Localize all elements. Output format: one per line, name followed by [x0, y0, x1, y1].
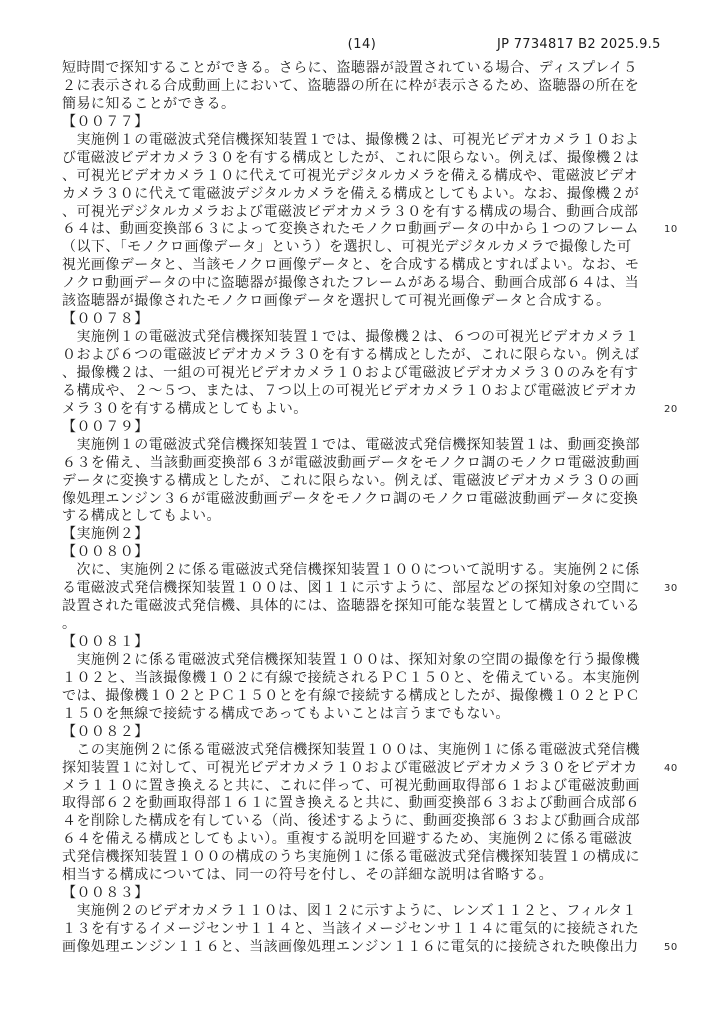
text-line: ０および６つの電磁波ビデオカメラ３０を有する構成としたが、これに限らない。例えば: [62, 347, 644, 365]
line-number: 40: [664, 760, 678, 778]
text-line: する構成としてもよい。: [62, 508, 644, 526]
text-line: 短時間で探知することができる。さらに、盗聴器が設置されている場合、ディスプレイ５: [62, 60, 644, 78]
text-line: ４を削除した構成を有している（尚、後述するように、動画変換部６３および動画合成部: [62, 813, 644, 831]
text-line: メラ３０を有する構成としてもよい。: [62, 401, 644, 419]
text-line: （以下、「モノクロ画像データ」という）を選択し、可視光デジタルカメラで撮像した可: [62, 239, 644, 257]
text-line: 次に、実施例２に係る電磁波式発信機探知装置１００について説明する。実施例２に係: [62, 562, 644, 580]
patent-document-page: (14) JP 7734817 B2 2025.9.5 短時間で探知することがで…: [0, 0, 724, 1024]
line-number-gutter: 1020304050: [664, 60, 694, 980]
text-line: 、可視光デジタルカメラおよび電磁波ビデオカメラ３０を有する構成の場合、動画合成部: [62, 204, 644, 222]
text-line: 像処理エンジン３６が電磁波動画データをモノクロ調のモノクロ電磁波動画データに変換: [62, 491, 644, 509]
text-line: 、撮像機２は、一組の可視光ビデオカメラ１０および電磁波ビデオカメラ３０のみを有す: [62, 365, 644, 383]
text-line: 実施例１の電磁波式発信機探知装置１では、撮像機２は、可視光ビデオカメラ１０およ: [62, 132, 644, 150]
text-line: 相当する構成については、同一の符号を付し、その詳細な説明は省略する。: [62, 867, 644, 885]
text-line: ２に表示される合成動画上において、盗聴器の所在に枠が表示さるため、盗聴器の所在を: [62, 78, 644, 96]
text-line: メラ１１０に置き換えると共に、これに伴って、可視光動画取得部６１および電磁波動画: [62, 778, 644, 796]
text-line: この実施例２に係る電磁波式発信機探知装置１００は、実施例１に係る電磁波式発信機: [62, 742, 644, 760]
text-line: び電磁波ビデオカメラ３０を有する構成としたが、これに限らない。例えば、撮像機２は: [62, 150, 644, 168]
text-line: １５０を無線で接続する構成であってもよいことは言うまでもない。: [62, 706, 644, 724]
text-line: 。: [62, 616, 644, 634]
line-number: 30: [664, 580, 678, 598]
text-line: ６４を備える構成としてもよい）。重複する説明を回避するため、実施例２に係る電磁波: [62, 831, 644, 849]
line-number: 50: [664, 939, 678, 957]
text-line: 簡易に知ることができる。: [62, 96, 644, 114]
text-line: 【００７８】: [62, 311, 644, 329]
text-line: 【００８２】: [62, 724, 644, 742]
text-line: る構成や、２～５つ、または、７つ以上の可視光ビデオカメラ１０および電磁波ビデオカ: [62, 383, 644, 401]
text-line: ６４は、動画変換部６３によって変換されたモノクロ動画データの中から１つのフレーム: [62, 221, 644, 239]
text-line: 実施例１の電磁波式発信機探知装置１では、撮像機２は、６つの可視光ビデオカメラ１: [62, 329, 644, 347]
line-number: 20: [664, 401, 678, 419]
text-line: 【００７７】: [62, 114, 644, 132]
text-line: 式発信機探知装置１００の構成のうち実施例１に係る電磁波式発信機探知装置１の構成に: [62, 849, 644, 867]
text-line: 【００８０】: [62, 544, 644, 562]
text-line: ６３を備え、当該動画変換部６３が電磁波動画データをモノクロ調のモノクロ電磁波動画: [62, 455, 644, 473]
text-line: 設置された電磁波式発信機、具体的には、盗聴器を探知可能な装置として構成されている: [62, 598, 644, 616]
text-line: １３を有するイメージセンサ１１４と、当該イメージセンサ１１４に電気的に接続された: [62, 921, 644, 939]
text-line: 実施例２に係る電磁波式発信機探知装置１００は、探知対象の空間の撮像を行う撮像機: [62, 652, 644, 670]
line-number: 10: [664, 221, 678, 239]
text-line: る電磁波式発信機探知装置１００は、図１１に示すように、部屋などの探知対象の空間に: [62, 580, 644, 598]
text-line: 【００７９】: [62, 419, 644, 437]
text-line: １０２と、当該撮像機１０２に有線で接続されるＰＣ１５０と、を備えている。本実施例: [62, 670, 644, 688]
text-line: 実施例２のビデオカメラ１１０は、図１２に示すように、レンズ１１２と、フィルタ１: [62, 903, 644, 921]
text-line: 該盗聴器が撮像されたモノクロ画像データを選択して可視光画像データと合成する。: [62, 293, 644, 311]
text-line: 【００８１】: [62, 634, 644, 652]
text-line: 【００８３】: [62, 885, 644, 903]
text-line: ノクロ動画データの中に盗聴器が撮像されたフレームがある場合、動画合成部６４は、当: [62, 275, 644, 293]
text-line: 実施例１の電磁波式発信機探知装置１では、電磁波式発信機探知装置１は、動画変換部: [62, 437, 644, 455]
text-line: 、可視光ビデオカメラ１０に代えて可視光デジタルカメラを備える構成や、電磁波ビデオ: [62, 168, 644, 186]
text-line: 【実施例２】: [62, 526, 644, 544]
body-text: 短時間で探知することができる。さらに、盗聴器が設置されている場合、ディスプレイ５…: [62, 60, 644, 957]
text-line: では、撮像機１０２とＰＣ１５０とを有線で接続する構成としたが、撮像機１０２とＰＣ: [62, 688, 644, 706]
text-line: 探知装置１に対して、可視光ビデオカメラ１０および電磁波ビデオカメラ３０をビデオカ: [62, 760, 644, 778]
text-line: カメラ３０に代えて電磁波デジタルカメラを備える構成としてもよい。なお、撮像機２が: [62, 186, 644, 204]
text-line: データに変換する構成としたが、これに限らない。例えば、電磁波ビデオカメラ３０の画: [62, 473, 644, 491]
text-line: 取得部６２を動画取得部１６１に置き換えると共に、動画変換部６３および動画合成部６: [62, 795, 644, 813]
text-line: 視光画像データと、当該モノクロ画像データと、を合成する構成とすればよい。なお、モ: [62, 257, 644, 275]
text-line: 画像処理エンジン１１６と、当該画像処理エンジン１１６に電気的に接続された映像出力: [62, 939, 644, 957]
publication-number: JP 7734817 B2 2025.9.5: [497, 37, 661, 52]
